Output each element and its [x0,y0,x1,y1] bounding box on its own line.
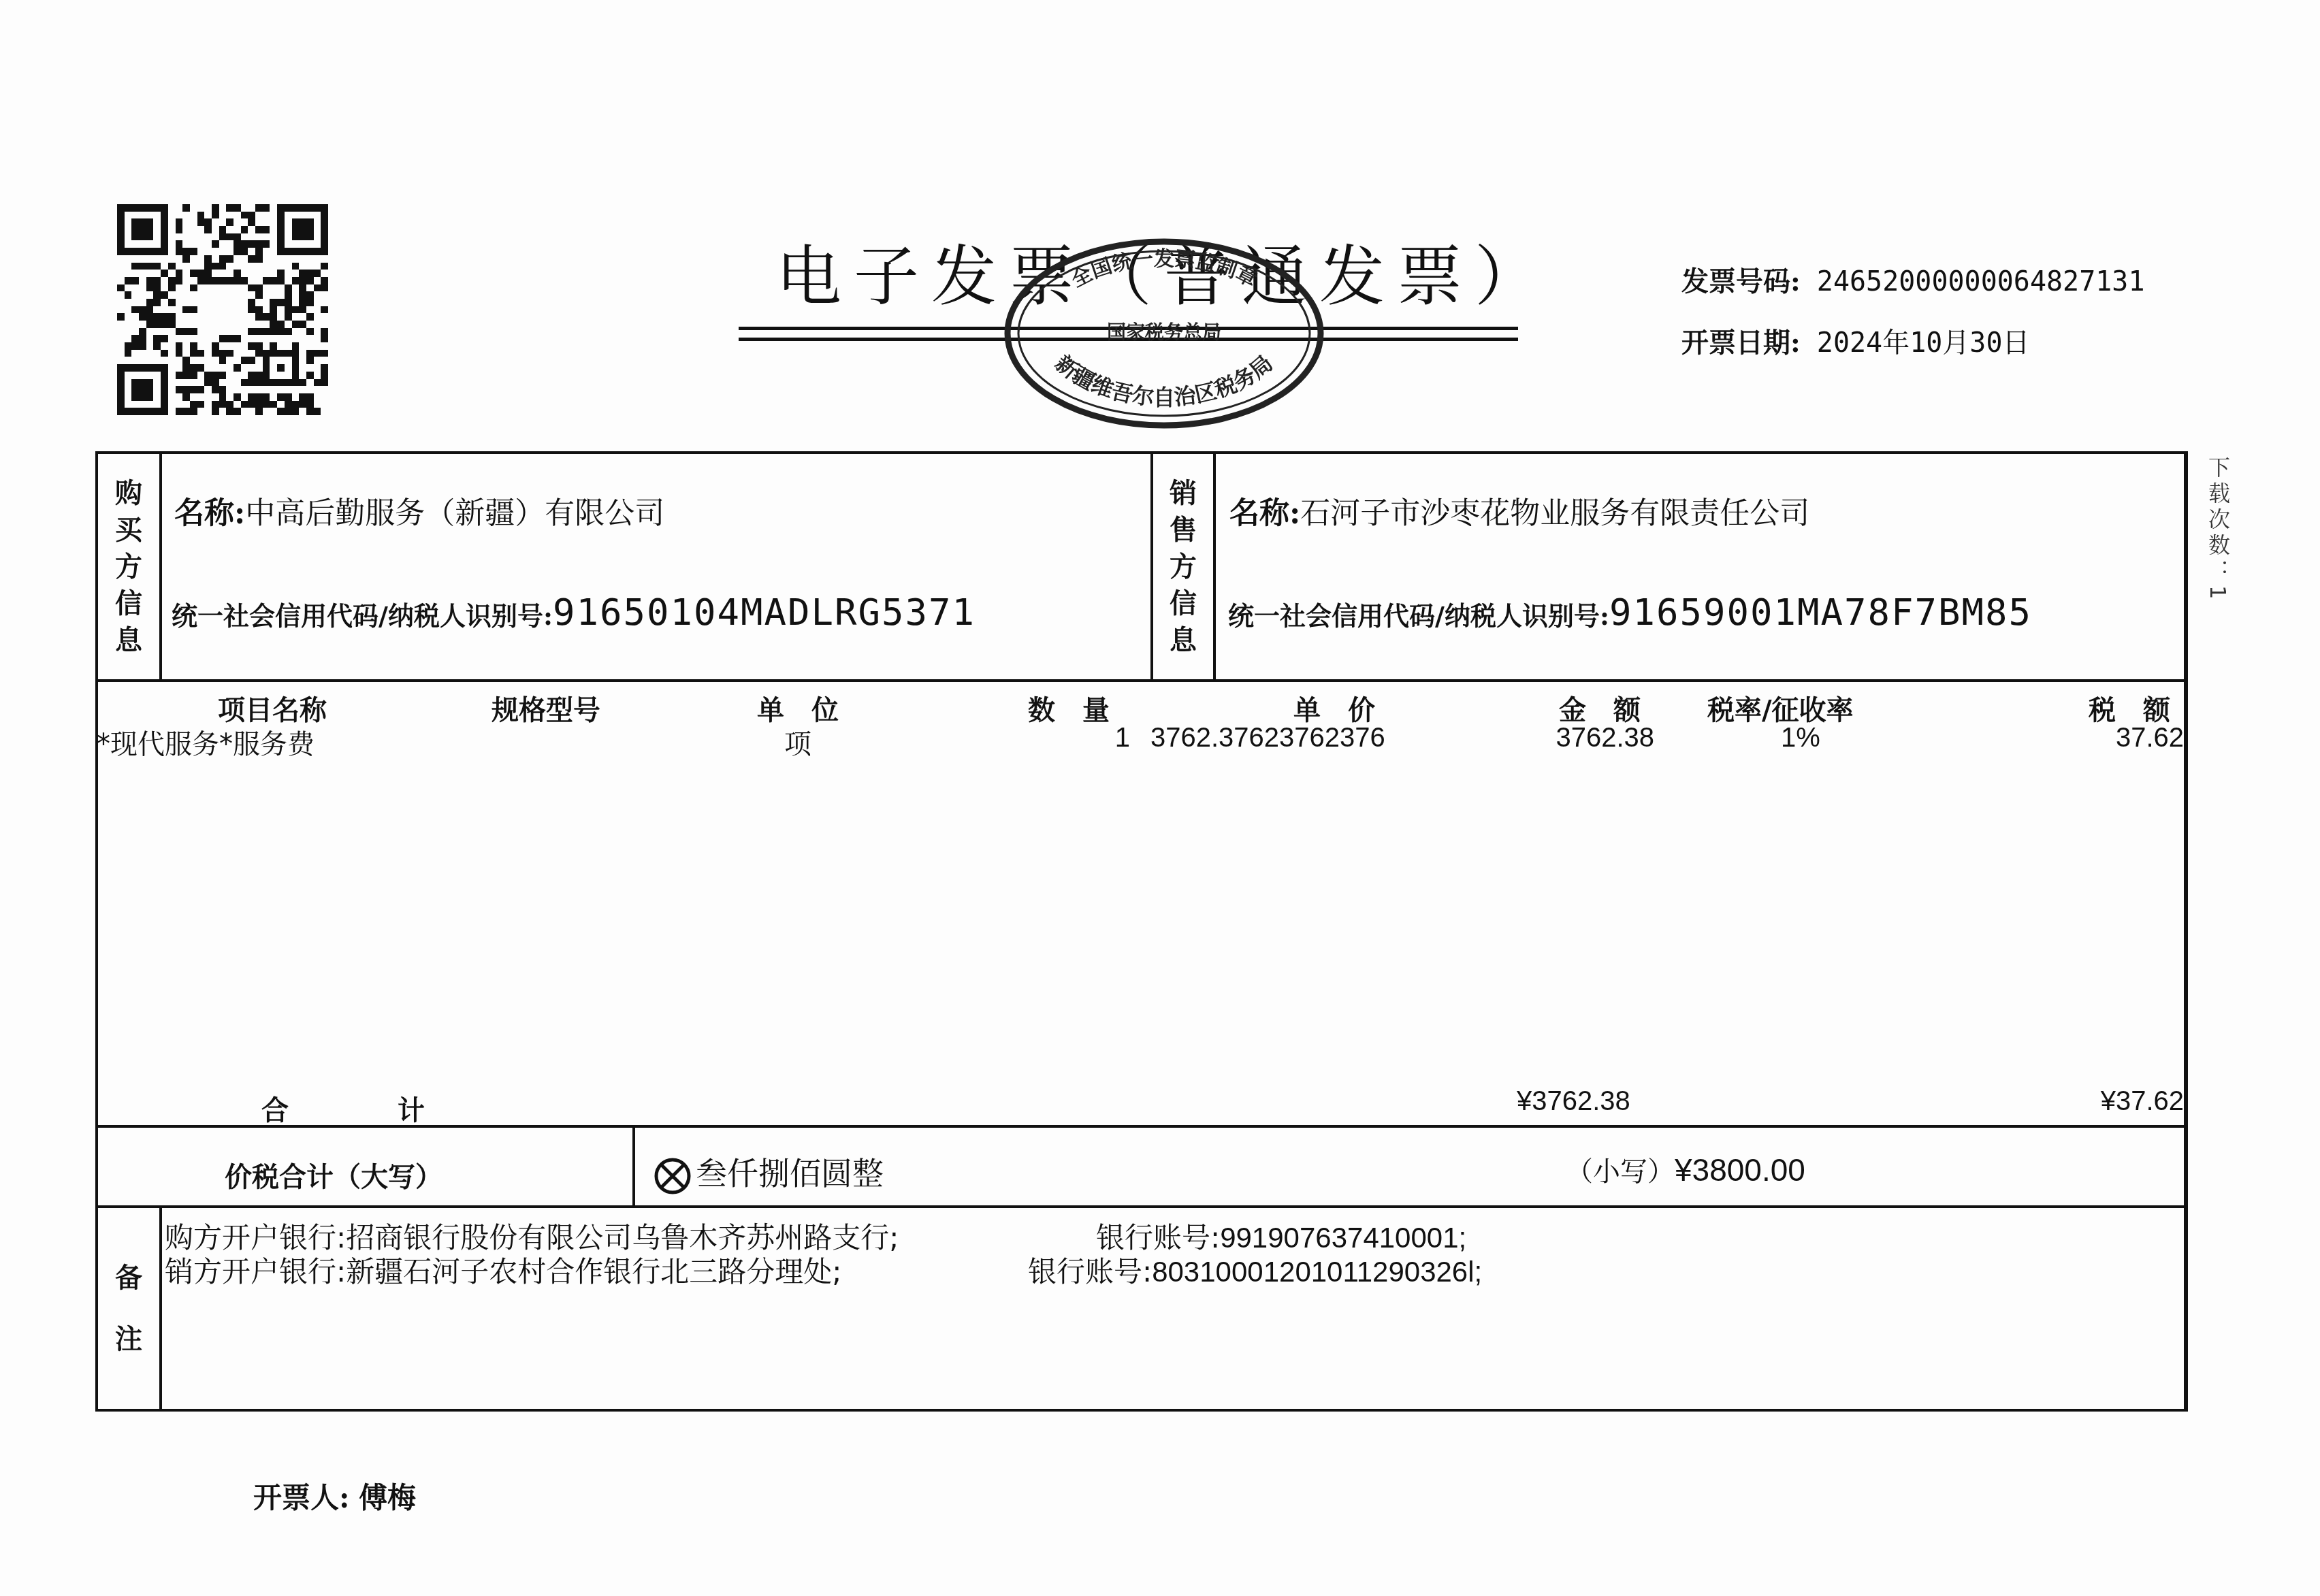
buyer-name-label: 名称: [174,496,245,531]
seller-label-char: 方 [1170,549,1197,585]
total-label: 合 计 [261,1089,425,1128]
invoice-number-label: 发票号码: [1681,265,1801,297]
seal-bottom-text: 新疆维吾尔自治区税务局 [1050,350,1278,410]
svg-text:新疆维吾尔自治区税务局: 新疆维吾尔自治区税务局 [1050,350,1278,410]
buyer-label-char: 购 [115,475,142,512]
divider-parties-items [95,679,2187,682]
buyer-tax-id-label: 统一社会信用代码/纳税人识别号: [172,600,553,631]
divider-total-remarks [95,1205,2187,1208]
seller-label-char: 售 [1170,512,1197,549]
col-header-spec: 规格型号 [492,689,600,728]
seller-account-value: 80310001201011290326l; [1152,1256,1482,1288]
buyer-label-divider [159,451,162,681]
col-header-tax: 税 额 [2089,689,2170,728]
seller-tax-id: 统一社会信用代码/纳税人识别号:91659001MA78F7BM85 [1228,591,2032,634]
item-tax: 37.62 [2015,723,2184,753]
buyer-account-value: 991907637410001; [1220,1222,1466,1254]
buyer-label-char: 息 [115,622,142,659]
seal-center-text: 国家税务总局 [1107,321,1221,344]
issue-date-value: 2024年10月30日 [1817,327,2030,359]
item-quantity: 1 [1062,723,1130,753]
seller-bank-value: 新疆石河子农村合作银行北三路分理处; [346,1255,841,1288]
tax-bureau-seal: 全国统一发票监制章 国家税务总局 新疆维吾尔自治区税务局 [997,231,1331,436]
seller-name: 名称:石河子市沙枣花物业服务有限责任公司 [1229,489,1809,532]
remarks-seller-bank: 销方开户银行:新疆石河子农村合作银行北三路分理处; [165,1250,841,1290]
seller-label-char: 销 [1170,475,1197,512]
seller-tax-id-value: 91659001MA78F7BM85 [1609,591,2032,634]
remarks-label-char: 注 [115,1309,142,1370]
col-header-amount: 金 额 [1559,689,1641,728]
seller-name-value: 石河子市沙枣花物业服务有限责任公司 [1300,496,1809,531]
item-tax-rate: 1% [1781,723,1820,753]
grand-total-figures-label: （小写） [1566,1156,1675,1188]
issuer-label: 开票人: [253,1481,350,1514]
invoice-number: 发票号码: 24652000000064827131 [1681,260,2145,299]
circle-x-icon [654,1157,692,1195]
col-header-unit: 单 位 [757,689,839,728]
issuer-name: 傅梅 [359,1481,416,1514]
grand-total-words-label: 价税合计（大写） [225,1156,442,1194]
issue-date-label: 开票日期: [1681,327,1801,359]
col-header-tax-rate: 税率/征收率 [1707,689,1854,728]
seller-account-label: 银行账号: [1028,1255,1152,1288]
seller-bank-label: 销方开户银行: [165,1255,346,1288]
buyer-section-label: 购 买 方 信 息 [98,454,159,679]
remarks-section-label: 备 注 [98,1208,159,1409]
seller-label-divider [1213,451,1216,681]
item-unit-price: 3762.37623762376 [1150,723,1385,753]
total-tax: ¥37.62 [2015,1086,2184,1117]
remarks-label-divider [159,1205,162,1411]
item-unit: 项 [784,723,811,762]
frame-top [95,451,2187,454]
svg-text:全国统一发票监制章: 全国统一发票监制章 [1067,247,1261,292]
total-amount: ¥3762.38 [1517,1086,1630,1117]
col-header-unit-price: 单 价 [1293,689,1375,728]
buyer-tax-id-value: 91650104MADLRG5371 [553,591,976,634]
buyer-label-char: 方 [115,549,142,585]
buyer-label-char: 信 [115,585,142,622]
grand-total-figures-value: ¥3800.00 [1675,1152,1805,1188]
download-count-note: 下载次数：1 [2202,456,2234,603]
total-words-divider [632,1125,635,1207]
grand-total-figures: （小写）¥3800.00 [1566,1150,1805,1189]
seller-label-char: 信 [1170,585,1197,622]
buyer-tax-id: 统一社会信用代码/纳税人识别号:91650104MADLRG5371 [172,591,976,634]
grand-total-words: 叁仟捌佰圆整 [654,1149,884,1195]
invoice-number-value: 24652000000064827131 [1817,266,2145,297]
buyer-label-char: 买 [115,512,142,549]
buyer-name-value: 中高后勤服务（新疆）有限公司 [245,496,664,531]
grand-total-words-value: 叁仟捌佰圆整 [696,1155,884,1192]
item-name: *现代服务*服务费 [97,723,315,762]
buyer-name: 名称:中高后勤服务（新疆）有限公司 [174,489,664,532]
seller-tax-id-label: 统一社会信用代码/纳税人识别号: [1228,600,1609,631]
col-header-name: 项目名称 [218,689,327,728]
remarks-seller-account: 银行账号:80310001201011290326l; [1028,1250,1482,1290]
issue-date: 开票日期: 2024年10月30日 [1681,321,2030,360]
frame-bottom [95,1409,2187,1412]
seller-label-char: 息 [1170,622,1197,659]
seal-top-text: 全国统一发票监制章 [1067,247,1261,292]
seller-section-label: 销 售 方 信 息 [1153,454,1213,679]
item-amount: 3762.38 [1484,723,1654,753]
remarks-label-char: 备 [115,1248,142,1309]
qr-code [117,204,328,415]
frame-right [2184,451,2188,1412]
seller-name-label: 名称: [1229,496,1300,531]
issuer: 开票人: 傅梅 [253,1476,416,1516]
col-header-quantity: 数 量 [1028,689,1110,728]
